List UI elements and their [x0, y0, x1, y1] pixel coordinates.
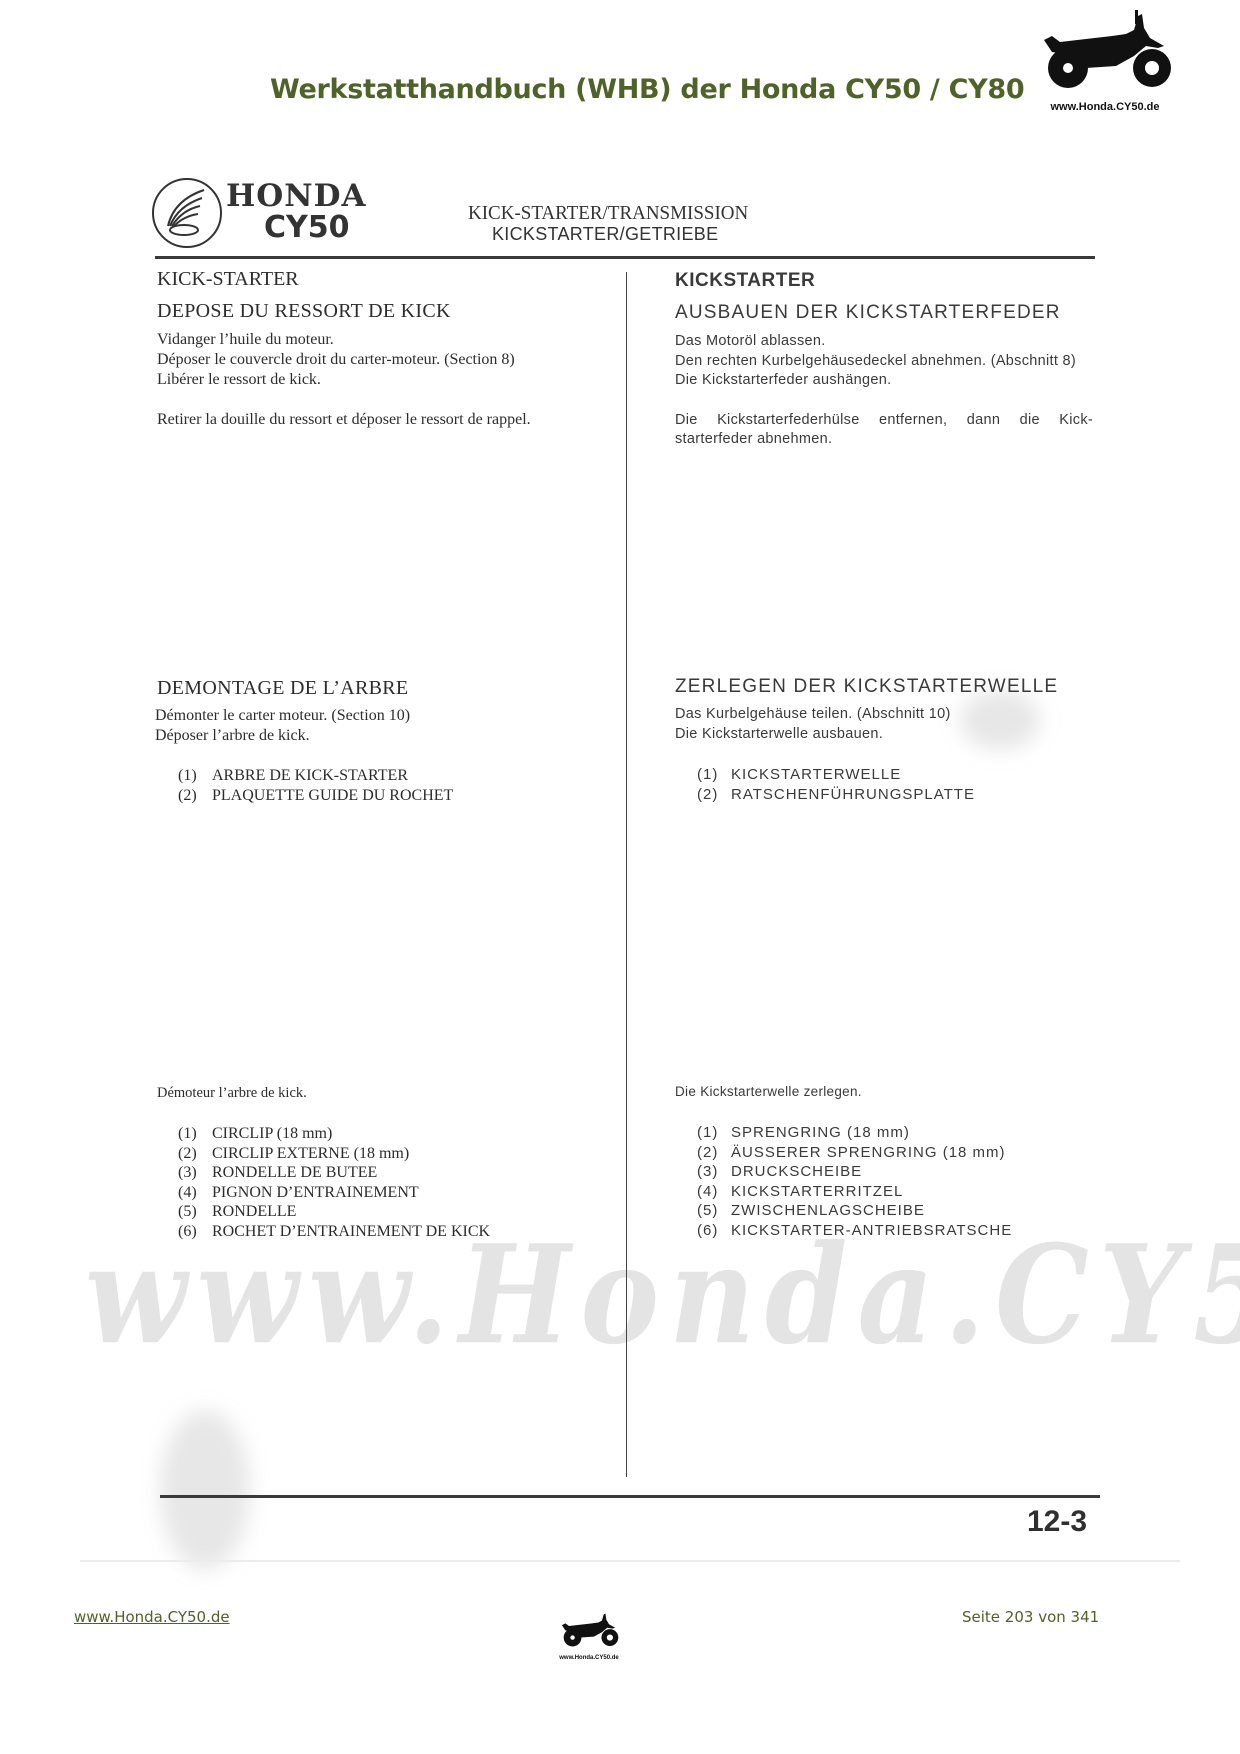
list-item: (2)ÄUSSERER SPRENGRING (18 mm)	[697, 1143, 1012, 1163]
steps-fr-1: Vidanger l’huile du moteur. Déposer le c…	[157, 330, 577, 430]
step-line-de-3: Die Kickstarterwelle zerlegen.	[675, 1084, 862, 1099]
honda-wing-emblem	[152, 178, 222, 248]
footer-rule	[160, 1495, 1100, 1498]
list-item: (5)RONDELLE	[178, 1202, 490, 1222]
steps-de-1: Das Motoröl ablassen. Den rechten Kurbel…	[675, 332, 1093, 450]
list-item: (2)RATSCHENFÜHRUNGSPLATTE	[697, 785, 975, 805]
wing-icon	[154, 180, 220, 246]
steps-de-2: Das Kurbelgehäuse teilen. (Abschnitt 10)…	[675, 705, 951, 744]
step-line: Die Kickstarterwelle ausbauen.	[675, 725, 951, 745]
website-link[interactable]: www.Honda.CY50.de	[74, 1608, 230, 1626]
motorcycle-icon	[1030, 6, 1180, 96]
step-line: Démonter le carter moteur. (Section 10)	[155, 706, 410, 726]
section-title-fr: KICK-STARTER/TRANSMISSION	[468, 202, 748, 225]
list-item: (4)KICKSTARTERRITZEL	[697, 1182, 1012, 1202]
step-line: Die Kickstarterfeder aushängen.	[675, 371, 1093, 391]
list-item: (4)PIGNON D’ENTRAINEMENT	[178, 1183, 490, 1203]
list-item: (2)PLAQUETTE GUIDE DU ROCHET	[178, 786, 453, 806]
model-name: CY50	[264, 210, 350, 245]
steps-fr-2: Démonter le carter moteur. (Section 10) …	[155, 706, 410, 746]
step-paragraph: Die Kickstarterfederhülse entfernen, dan…	[675, 411, 1093, 450]
list-item: (1)KICKSTARTERWELLE	[697, 765, 975, 785]
column-divider	[626, 272, 627, 1477]
step-paragraph: Retirer la douille du ressort et déposer…	[157, 410, 577, 430]
page-counter: Seite 203 von 341	[962, 1608, 1099, 1626]
list-item: (2)CIRCLIP EXTERNE (18 mm)	[178, 1144, 490, 1164]
subheading-fr-1: DEPOSE DU RESSORT DE KICK	[157, 300, 451, 323]
step-line: Das Kurbelgehäuse teilen. (Abschnitt 10)	[675, 705, 951, 725]
subheading-fr-2: DEMONTAGE DE L’ARBRE	[157, 677, 408, 700]
scan-smudge	[960, 690, 1040, 750]
scan-edge	[80, 1560, 1180, 1562]
list-item: (6)ROCHET D’ENTRAINEMENT DE KICK	[178, 1222, 490, 1242]
step-line: Libérer le ressort de kick.	[157, 370, 577, 390]
step-line: Vidanger l’huile du moteur.	[157, 330, 577, 350]
step-line-fr-3: Démoteur l’arbre de kick.	[157, 1085, 307, 1102]
motorcycle-icon	[551, 1610, 627, 1650]
list-item: (3)RONDELLE DE BUTEE	[178, 1163, 490, 1183]
heading-de: KICKSTARTER	[675, 270, 815, 292]
parts-list-fr-1: (1)ARBRE DE KICK-STARTER (2)PLAQUETTE GU…	[178, 766, 453, 805]
header-rule	[155, 256, 1095, 259]
heading-fr: KICK-STARTER	[157, 268, 299, 291]
parts-list-de-2: (1)SPRENGRING (18 mm) (2)ÄUSSERER SPRENG…	[697, 1123, 1012, 1240]
step-line: Den rechten Kurbelgehäusedeckel abnehmen…	[675, 352, 1093, 372]
subheading-de-2: ZERLEGEN DER KICKSTARTERWELLE	[675, 676, 1058, 698]
site-logo: www.Honda.CY50.de	[1030, 6, 1180, 112]
logo-caption: www.Honda.CY50.de	[551, 1655, 627, 1661]
footer-logo: www.Honda.CY50.de	[551, 1610, 627, 1660]
step-line: Déposer le couvercle droit du carter-mot…	[157, 350, 577, 370]
list-item: (5)ZWISCHENLAGSCHEIBE	[697, 1201, 1012, 1221]
brand-name: HONDA	[226, 178, 367, 214]
list-item: (1)CIRCLIP (18 mm)	[178, 1124, 490, 1144]
list-item: (6)KICKSTARTER-ANTRIEBSRATSCHE	[697, 1221, 1012, 1241]
section-title-de: KICKSTARTER/GETRIEBE	[492, 224, 718, 245]
list-item: (3)DRUCKSCHEIBE	[697, 1162, 1012, 1182]
parts-list-fr-2: (1)CIRCLIP (18 mm) (2)CIRCLIP EXTERNE (1…	[178, 1124, 490, 1241]
document-title: Werkstatthandbuch (WHB) der Honda CY50 /…	[270, 74, 1024, 105]
list-item: (1)ARBRE DE KICK-STARTER	[178, 766, 453, 786]
logo-caption: www.Honda.CY50.de	[1030, 101, 1180, 113]
step-line: Déposer l’arbre de kick.	[155, 726, 410, 746]
manual-page-number: 12-3	[1027, 1505, 1087, 1539]
step-line: Das Motoröl ablassen.	[675, 332, 1093, 352]
parts-list-de-1: (1)KICKSTARTERWELLE (2)RATSCHENFÜHRUNGSP…	[697, 765, 975, 804]
scan-smudge	[160, 1410, 250, 1570]
list-item: (1)SPRENGRING (18 mm)	[697, 1123, 1012, 1143]
subheading-de-1: AUSBAUEN DER KICKSTARTERFEDER	[675, 302, 1061, 324]
